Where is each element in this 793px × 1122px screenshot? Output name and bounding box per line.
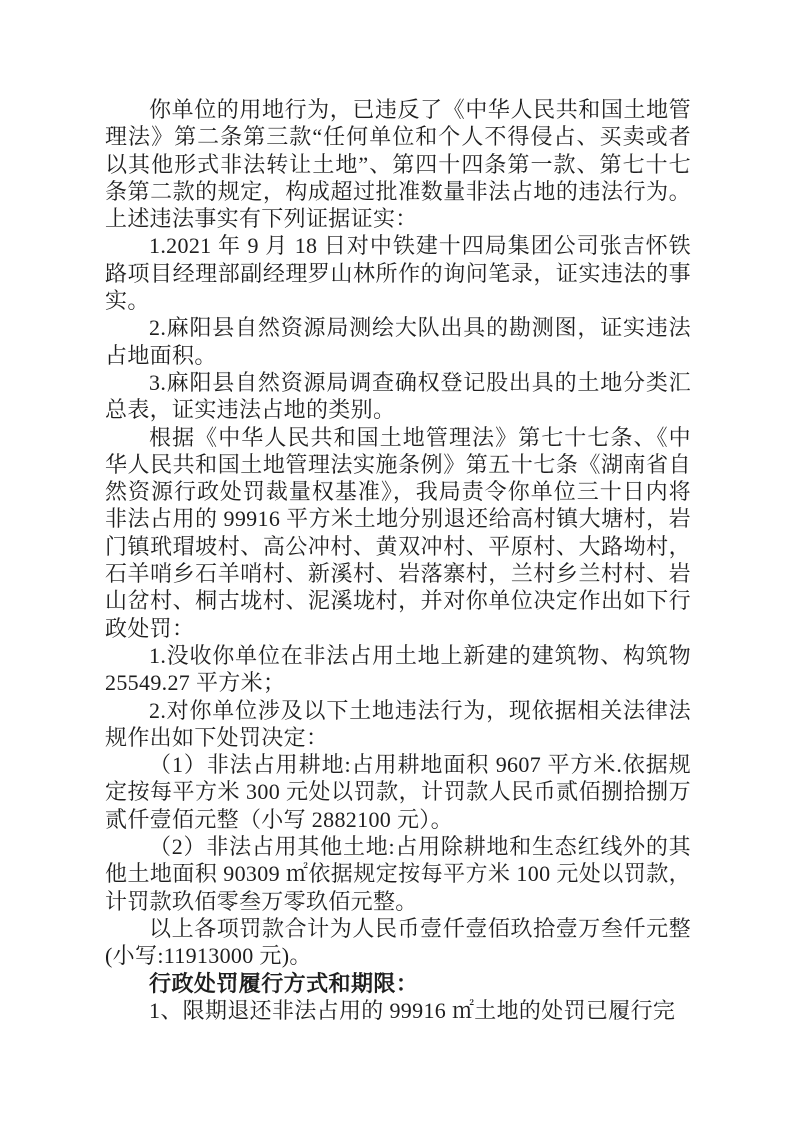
document-body: 你单位的用地行为，已违反了《中华人民共和国土地管理法》第二条第三款“任何单位和个… <box>105 96 691 1024</box>
paragraph-penalty-item-2-2: （2）非法占用其他土地:占用除耕地和生态红线外的其他土地面积 90309 ㎡依据… <box>105 833 691 915</box>
paragraph-penalty-item-2-1: （1）非法占用耕地:占用耕地面积 9607 平方米.依据规定按每平方米 300 … <box>105 751 691 833</box>
paragraph-fulfillment-item-1: 1、限期退还非法占用的 99916 ㎡土地的处罚已履行完 <box>105 997 691 1024</box>
paragraph-evidence-2: 2.麻阳县自然资源局测绘大队出具的勘测图，证实违法占地面积。 <box>105 314 691 369</box>
paragraph-evidence-1: 1.2021 年 9 月 18 日对中铁建十四局集团公司张吉怀铁路项目经理部副经… <box>105 232 691 314</box>
paragraph-penalty-item-1: 1.没收你单位在非法占用土地上新建的建筑物、构筑物 25549.27 平方米； <box>105 642 691 697</box>
heading-fulfillment-terms: 行政处罚履行方式和期限： <box>105 970 691 997</box>
paragraph-penalty-basis: 根据《中华人民共和国土地管理法》第七十七条、《中华人民共和国土地管理法实施条例》… <box>105 424 691 642</box>
paragraph-penalty-total: 以上各项罚款合计为人民币壹仟壹佰玖拾壹万叁仟元整(小写:11913000 元)。 <box>105 915 691 970</box>
paragraph-penalty-item-2: 2.对你单位涉及以下土地违法行为，现依据相关法律法规作出如下处罚决定： <box>105 697 691 752</box>
paragraph-violation-statement: 你单位的用地行为，已违反了《中华人民共和国土地管理法》第二条第三款“任何单位和个… <box>105 96 691 232</box>
paragraph-evidence-3: 3.麻阳县自然资源局调查确权登记股出具的土地分类汇总表，证实违法占地的类别。 <box>105 369 691 424</box>
document-page: 你单位的用地行为，已违反了《中华人民共和国土地管理法》第二条第三款“任何单位和个… <box>0 0 793 1122</box>
